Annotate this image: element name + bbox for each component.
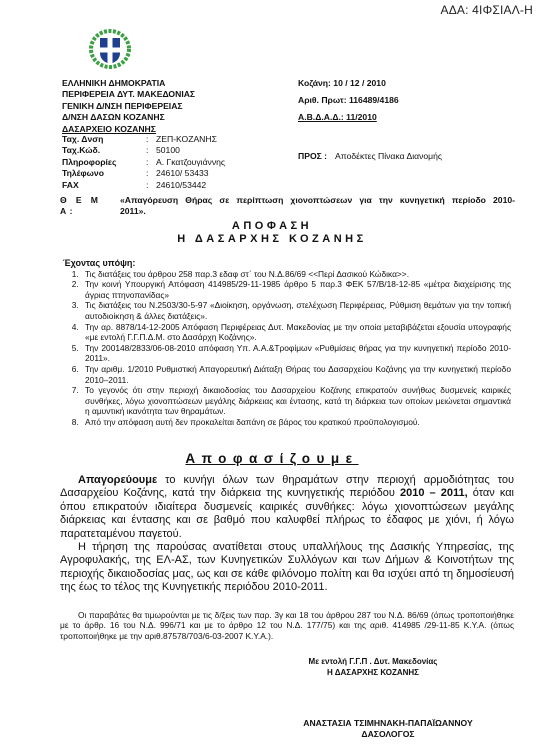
decision-heading: ΑΠΟΦΑΣΗ	[0, 220, 544, 233]
contact-value: ΖΕΠ-ΚΟΖΑΝΗΣ	[156, 134, 217, 145]
role-line: Η ΔΑΣΑΡΧΗΣ ΚΟΖΑΝΗΣ	[268, 668, 478, 679]
document-meta: Κοζάνη: 10 / 12 / 2010 Αριθ. Πρωτ: 11648…	[298, 78, 399, 129]
contact-row-address: Ταχ. Δνση:ΖΕΠ-ΚΟΖΑΝΗΣ	[62, 134, 225, 145]
considering-list: Τις διατάξεις του άρθρου 258 παρ.3 εδαφ …	[63, 269, 511, 428]
org-line: ΠΕΡΙΦΕΡΕΙΑ ΔΥΤ. ΜΑΚΕΔΟΝΙΑΣ	[62, 89, 195, 100]
considering-heading: Έχοντας υπόψη:	[63, 258, 511, 269]
issuer-organization: ΕΛΛΗΝΙΚΗ ΔΗΜΟΚΡΑΤΙΑ ΠΕΡΙΦΕΡΕΙΑ ΔΥΤ. ΜΑΚΕ…	[62, 78, 195, 135]
signature-authority: Με εντολή Γ.Γ.Π . Δυτ. Μακεδονίας Η ΔΑΣΑ…	[268, 657, 478, 678]
contact-label: Τηλέφωνο	[62, 168, 146, 179]
signer-title: ΔΑΣΟΛΟΓΟΣ	[268, 729, 508, 740]
mandate-line: Με εντολή Γ.Γ.Π . Δυτ. Μακεδονίας	[268, 657, 478, 668]
contact-label: FAX	[62, 180, 146, 191]
signer: ΑΝΑΣΤΑΣΙΑ ΤΣΙΜΗΝΑΚΗ-ΠΑΠΑΪΩΑΝΝΟΥ ΔΑΣΟΛΟΓΟ…	[268, 718, 508, 740]
decision-title: ΑΠΟΦΑΣΗ Η ΔΑΣΑΡΧΗΣ ΚΟΖΑΝΗΣ	[0, 220, 544, 246]
contact-details: Ταχ. Δνση:ΖΕΠ-ΚΟΖΑΝΗΣ Ταχ.Κώδ.:50100 Πλη…	[62, 134, 225, 191]
list-item: Την αρ. 8878/14-12-2005 Απόφαση Περιφέρε…	[81, 322, 511, 343]
penalties-paragraph: Οι παραβάτες θα τιμωρούνται με τις δ/ξει…	[60, 610, 514, 641]
prohibition-paragraph: Απαγορεύουμε το κυνήγι όλων των θηραμάτω…	[60, 474, 514, 541]
we-decide-heading: Αποφασίζουμε	[0, 451, 544, 466]
subject-label: Θ Ε Μ Α:	[60, 195, 120, 217]
contact-label: Ταχ.Κώδ.	[62, 145, 146, 156]
contact-row-phone: Τηλέφωνο:24610/ 53433	[62, 168, 225, 179]
register-number: Α.Β.Δ.Α.Δ.: 11/2010	[298, 112, 399, 129]
contact-row-fax: FAX:24610/53442	[62, 180, 225, 191]
decision-authority: Η ΔΑΣΑΡΧΗΣ ΚΟΖΑΝΗΣ	[0, 233, 544, 246]
org-line: ΓΕΝΙΚΗ Δ/ΝΣΗ ΠΕΡΙΦΕΡΕΙΑΣ	[62, 101, 195, 112]
document-date: Κοζάνη: 10 / 12 / 2010	[298, 78, 399, 95]
list-item: Τις διατάξεις του Ν.2503/30-5-97 «Διοίκη…	[81, 300, 511, 321]
considering-section: Έχοντας υπόψη: Τις διατάξεις του άρθρου …	[63, 258, 511, 428]
contact-label: Πληροφορίες	[62, 157, 146, 168]
signer-name: ΑΝΑΣΤΑΣΙΑ ΤΣΙΜΗΝΑΚΗ-ΠΑΠΑΪΩΑΝΝΟΥ	[268, 718, 508, 729]
list-item: Από την απόφαση αυτή δεν προκαλείται δαπ…	[81, 417, 511, 428]
greek-coat-of-arms-icon	[88, 29, 132, 69]
enforcement-paragraph: Η τήρηση της παρούσας ανατίθεται στους υ…	[60, 541, 514, 595]
org-line: ΕΛΛΗΝΙΚΗ ΔΗΜΟΚΡΑΤΙΑ	[62, 78, 195, 89]
recipient-label: ΠΡΟΣ :	[298, 151, 327, 161]
recipient-value: Αποδέκτες Πίνακα Διανομής	[335, 151, 442, 161]
contact-value: 50100	[156, 145, 180, 156]
contact-label: Ταχ. Δνση	[62, 134, 146, 145]
contact-value: Α. Γκατζουγιάννης	[156, 157, 225, 168]
org-line: Δ/ΝΣΗ ΔΑΣΩΝ ΚΟΖΑΝΗΣ	[62, 112, 195, 123]
list-item: Την αριθμ. 1/2010 Ρυθμιστική Απαγορευτικ…	[81, 364, 511, 385]
contact-value: 24610/53442	[156, 180, 206, 191]
list-item: Την 200148/2833/06-08-2010 απόφαση Υπ. Α…	[81, 343, 511, 364]
contact-value: 24610/ 53433	[156, 168, 209, 179]
contact-row-info: Πληροφορίες:Α. Γκατζουγιάννης	[62, 157, 225, 168]
recipient: ΠΡΟΣ :Αποδέκτες Πίνακα Διανομής	[298, 151, 442, 161]
contact-row-postcode: Ταχ.Κώδ.:50100	[62, 145, 225, 156]
subject-text: «Απαγόρευση Θήρας σε περίπτωση χιονοπτώσ…	[120, 195, 515, 217]
list-item: Τις διατάξεις του άρθρου 258 παρ.3 εδαφ …	[81, 269, 511, 280]
decision-body: Απαγορεύουμε το κυνήγι όλων των θηραμάτω…	[60, 474, 514, 595]
protocol-number: Αριθ. Πρωτ: 116489/4186	[298, 95, 399, 112]
ada-code: ΑΔΑ: 4ΙΦΣΙΑΛ-Η	[440, 3, 533, 17]
subject: Θ Ε Μ Α: «Απαγόρευση Θήρας σε περίπτωση …	[60, 195, 515, 217]
list-item: Την κοινή Υπουργική Απόφαση 414985/29-11…	[81, 279, 511, 300]
list-item: Το γεγονός ότι στην περιοχή δικαιοδοσίας…	[81, 385, 511, 417]
